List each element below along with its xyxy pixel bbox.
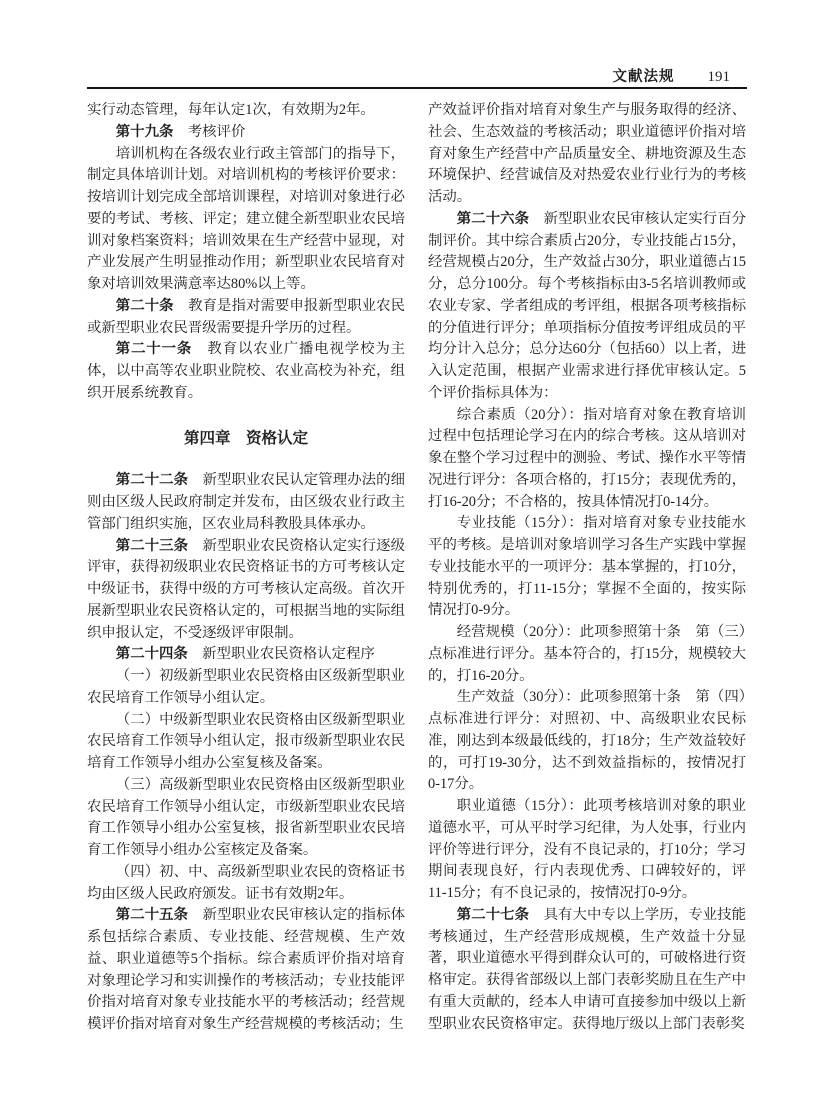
paragraph-text: 具有大中专以上学历，专业技能考核通过，生产经营形成规模，生产效益十分显著，职业道… <box>428 907 746 1032</box>
right-text-column: 产效益评价指对培育对象生产与服务取得的经济、社会、生态效益的考核活动；职业道德评… <box>428 100 746 1035</box>
paragraph: （一）初级新型职业农民资格由区级新型职业农民培育工作领导小组认定。 <box>87 666 405 710</box>
article-number: 第二十三条 <box>116 538 188 554</box>
paragraph-text: 第四章 资格认定 <box>184 430 308 447</box>
paragraph: 第二十五条 新型职业农民审核认定的指标体系包括综合素质、专业技能、经营规模、生产… <box>87 905 405 1036</box>
article-number: 第二十五条 <box>116 907 188 923</box>
chapter-heading: 第四章 资格认定 <box>87 428 405 450</box>
article-number: 第二十二条 <box>116 472 188 488</box>
paragraph-text: 新型职业农民资格认定程序 <box>188 646 375 662</box>
paragraph: 生产效益（30分）：此项参照第十条 第（四）点标准进行评分：对照初、中、高级职业… <box>428 687 746 796</box>
paragraph: 第二十一条 教育以农业广播电视学校为主体，以中高等农业职业院校、农业高校为补充，… <box>87 339 405 404</box>
paragraph: 第二十六条 新型职业农民审核认定实行百分制评价。其中综合素质占20分，专业技能占… <box>428 209 746 405</box>
header-rule <box>87 87 747 89</box>
left-text-column: 实行动态管理，每年认定1次，有效期为2年。第十九条 考核评价培训机构在各级农业行… <box>87 100 405 1036</box>
paragraph: 专业技能（15分）：指对培育对象专业技能水平的考核。是培训对象培训学习各生产实践… <box>428 513 746 622</box>
paragraph-text: 培训机构在各级农业行政主管部门的指导下，制定具体培训计划。对培训机构的考核评价要… <box>87 146 405 293</box>
paragraph: （三）高级新型职业农民资格由区级新型职业农民培育工作领导小组认定，市级新型职业农… <box>87 775 405 862</box>
paragraph-text: 新型职业农民审核认定的指标体系包括综合素质、专业技能、经营规模、生产效益、职业道… <box>87 907 405 1032</box>
paragraph: 第二十七条 具有大中专以上学历，专业技能考核通过，生产经营形成规模，生产效益十分… <box>428 905 746 1036</box>
article-number: 第二十条 <box>116 298 174 314</box>
paragraph: 第二十条 教育是指对需要申报新型职业农民或新型职业农民晋级需要提升学历的过程。 <box>87 296 405 340</box>
page-header: 文献法规 191 <box>613 65 731 86</box>
paragraph: 职业道德（15分）：此项考核培训对象的职业道德水平，可从平时学习纪律，为人处事，… <box>428 796 746 905</box>
article-number: 第二十七条 <box>457 907 529 923</box>
paragraph-text: （三）高级新型职业农民资格由区级新型职业农民培育工作领导小组认定，市级新型职业农… <box>87 777 405 858</box>
paragraph-text: 专业技能（15分）：指对培育对象专业技能水平的考核。是培训对象培训学习各生产实践… <box>428 515 746 618</box>
paragraph-text: 经营规模（20分）：此项参照第十条 第（三）点标准进行评分。基本符合的，打15分… <box>428 624 746 684</box>
paragraph: 经营规模（20分）：此项参照第十条 第（三）点标准进行评分。基本符合的，打15分… <box>428 622 746 687</box>
paragraph-text: 职业道德（15分）：此项考核培训对象的职业道德水平，可从平时学习纪律，为人处事，… <box>428 798 746 901</box>
article-number: 第二十一条 <box>116 341 192 357</box>
article-number: 第二十四条 <box>116 646 188 662</box>
paragraph-text: 实行动态管理，每年认定1次，有效期为2年。 <box>87 102 375 118</box>
article-number: 第十九条 <box>116 124 174 140</box>
paragraph: （二）中级新型职业农民资格由区级新型职业农民培育工作领导小组认定，报市级新型职业… <box>87 710 405 775</box>
paragraph: 综合素质（20分）：指对培育对象在教育培训过程中包括理论学习在内的综合考核。这从… <box>428 405 746 514</box>
paragraph: 第十九条 考核评价 <box>87 122 405 144</box>
header-page-number: 191 <box>708 69 731 86</box>
paragraph: 产效益评价指对培育对象生产与服务取得的经济、社会、生态效益的考核活动；职业道德评… <box>428 100 746 209</box>
paragraph-text: 产效益评价指对培育对象生产与服务取得的经济、社会、生态效益的考核活动；职业道德评… <box>428 102 746 205</box>
paragraph: 第二十三条 新型职业农民资格认定实行逐级评审，获得初级职业农民资格证书的方可考核… <box>87 536 405 645</box>
paragraph-text: （四）初、中、高级新型职业农民的资格证书均由区级人民政府颁发。证书有效期2年。 <box>87 864 405 902</box>
paragraph-text: 新型职业农民审核认定实行百分制评价。其中综合素质占20分，专业技能占15分，经营… <box>428 211 746 401</box>
paragraph-text: 综合素质（20分）：指对培育对象在教育培训过程中包括理论学习在内的综合考核。这从… <box>428 407 746 510</box>
document-page: 文献法规 191 实行动态管理，每年认定1次，有效期为2年。第十九条 考核评价培… <box>0 0 816 1099</box>
paragraph: 培训机构在各级农业行政主管部门的指导下，制定具体培训计划。对培训机构的考核评价要… <box>87 144 405 296</box>
paragraph-text: （一）初级新型职业农民资格由区级新型职业农民培育工作领导小组认定。 <box>87 668 405 706</box>
paragraph: 第二十四条 新型职业农民资格认定程序 <box>87 644 405 666</box>
paragraph-text: 生产效益（30分）：此项参照第十条 第（四）点标准进行评分：对照初、中、高级职业… <box>428 689 746 792</box>
paragraph: （四）初、中、高级新型职业农民的资格证书均由区级人民政府颁发。证书有效期2年。 <box>87 862 405 906</box>
paragraph: 实行动态管理，每年认定1次，有效期为2年。 <box>87 100 405 122</box>
article-number: 第二十六条 <box>457 211 529 227</box>
header-section-title: 文献法规 <box>613 65 675 86</box>
paragraph: 第二十二条 新型职业农民认定管理办法的细则由区级人民政府制定并发布，由区级农业行… <box>87 470 405 535</box>
paragraph-text: （二）中级新型职业农民资格由区级新型职业农民培育工作领导小组认定，报市级新型职业… <box>87 712 405 772</box>
paragraph-text: 考核评价 <box>173 124 245 140</box>
